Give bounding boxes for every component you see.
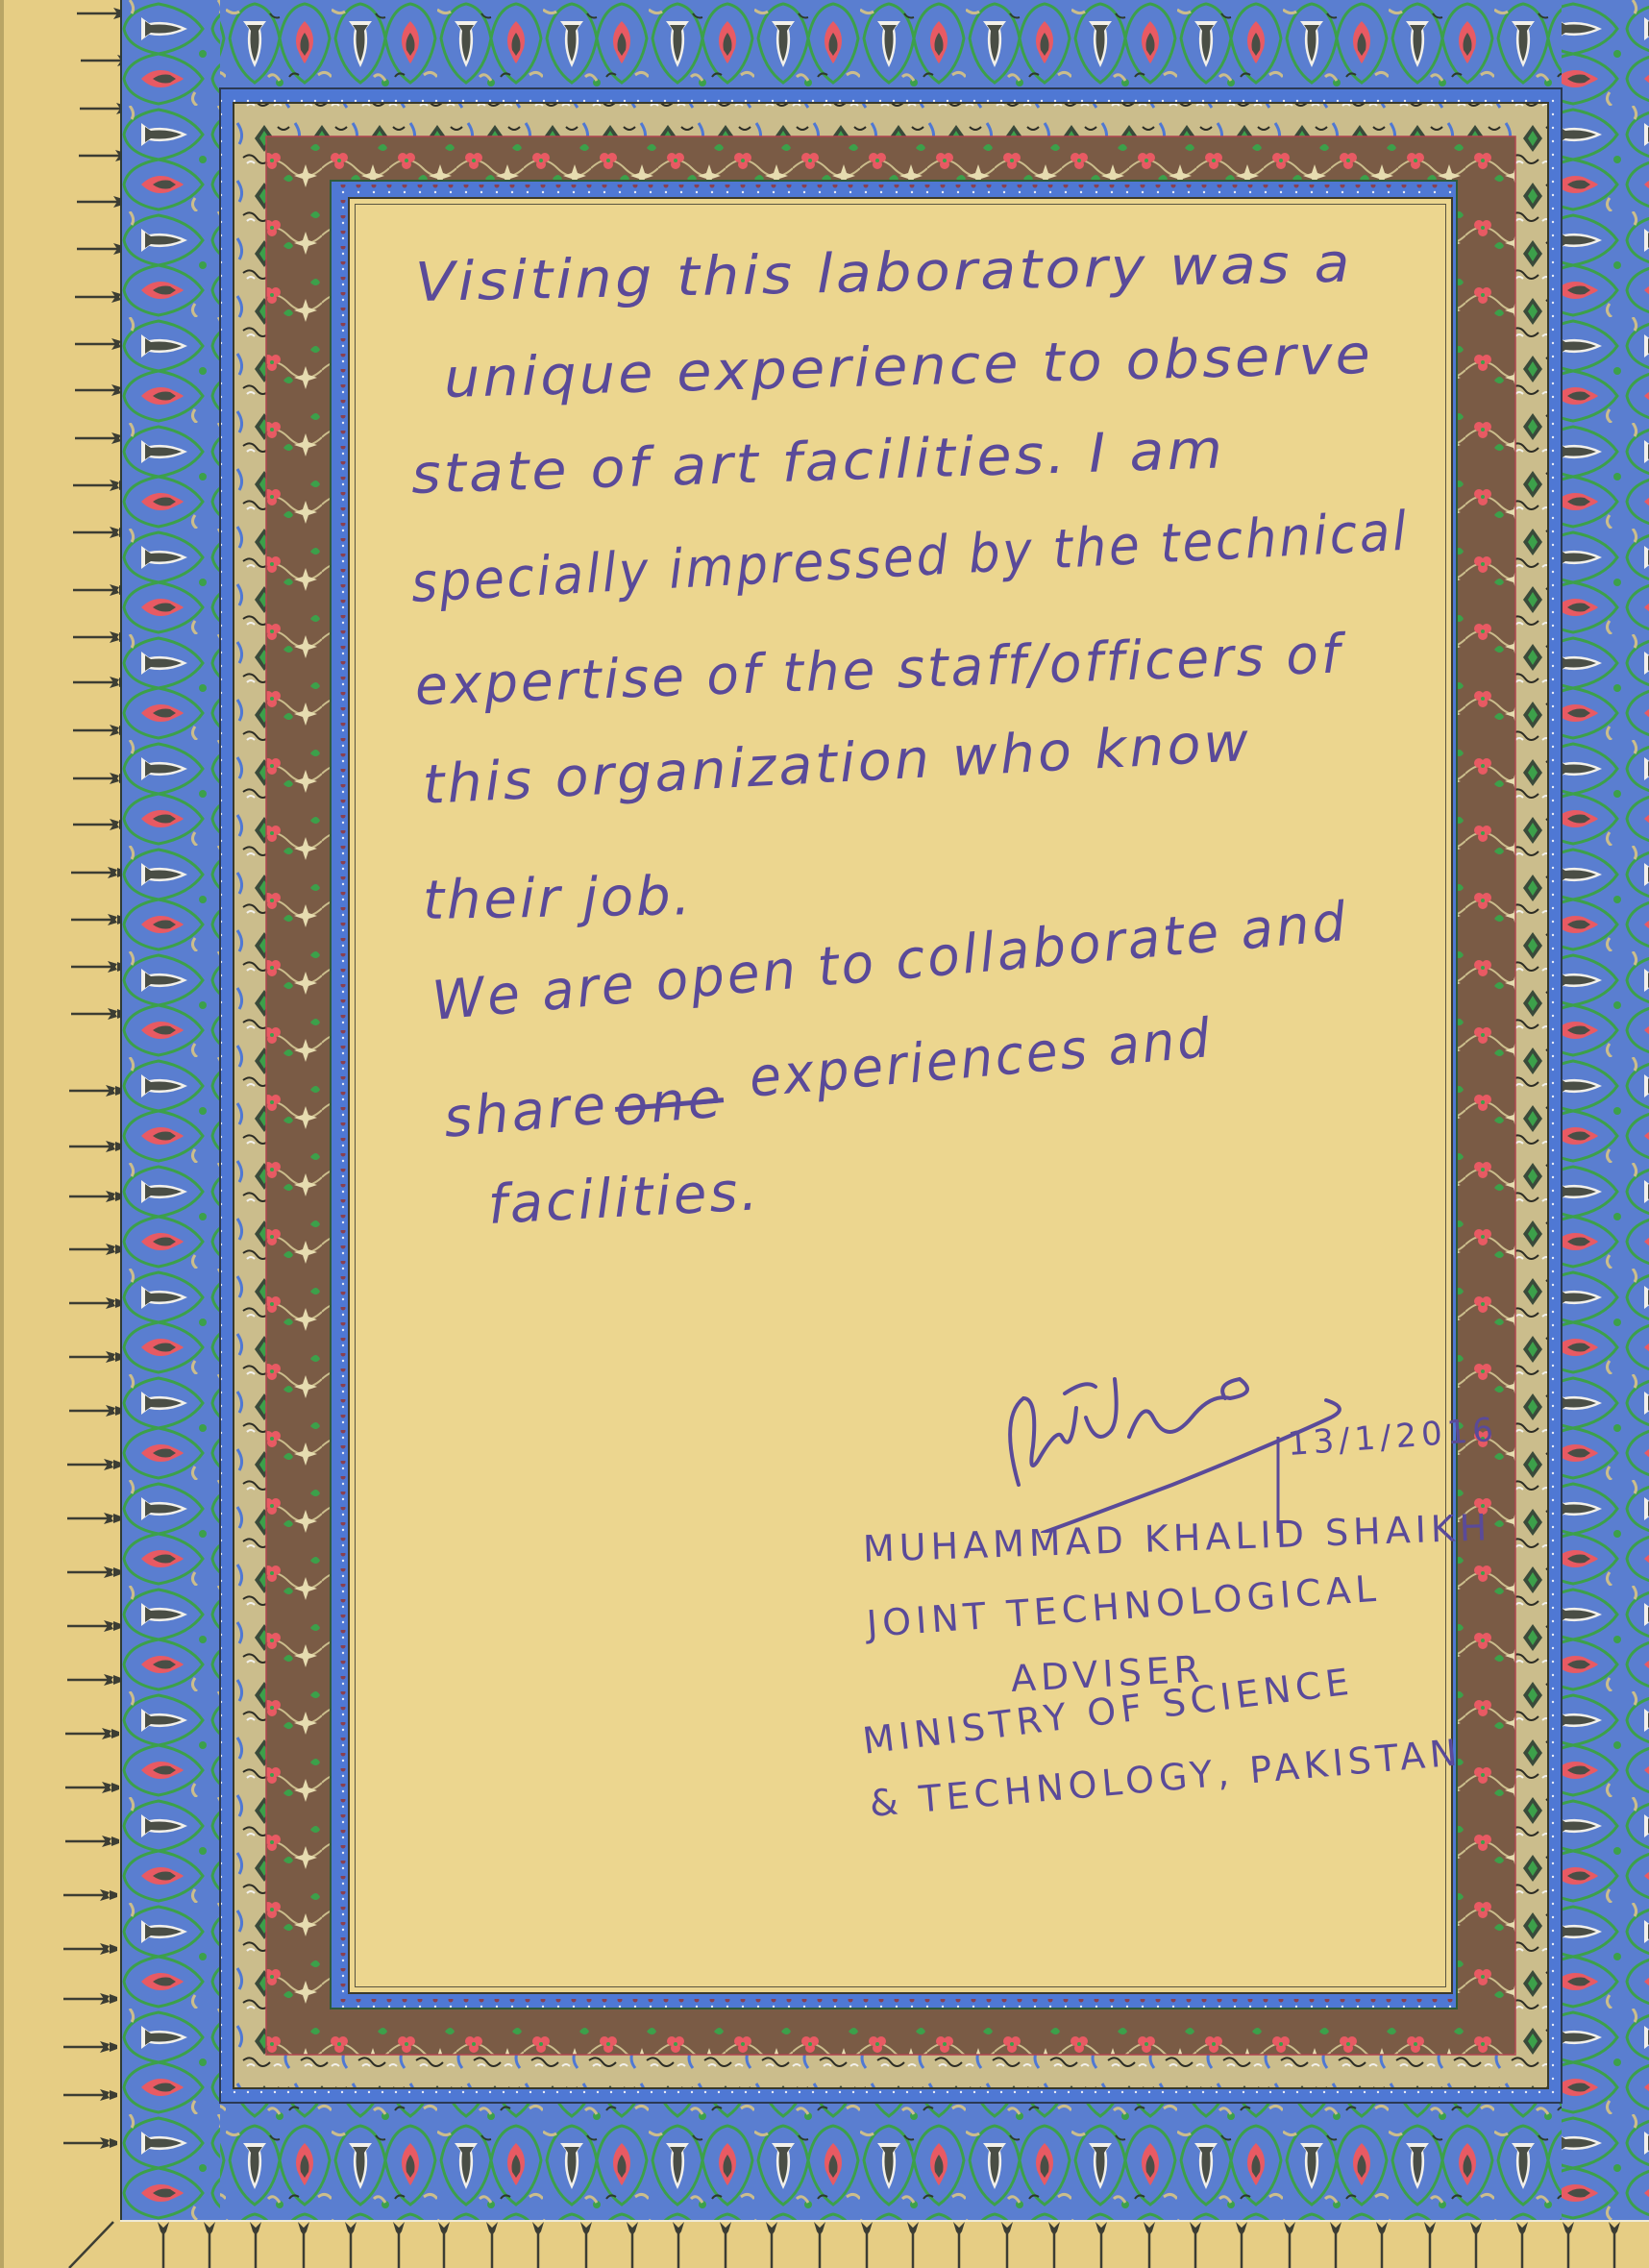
message-struck-word: one	[612, 1067, 726, 1139]
bottom-ticks	[158, 2222, 1620, 2268]
corner-tick	[69, 2222, 113, 2268]
message-line-7: their job.	[422, 865, 694, 932]
